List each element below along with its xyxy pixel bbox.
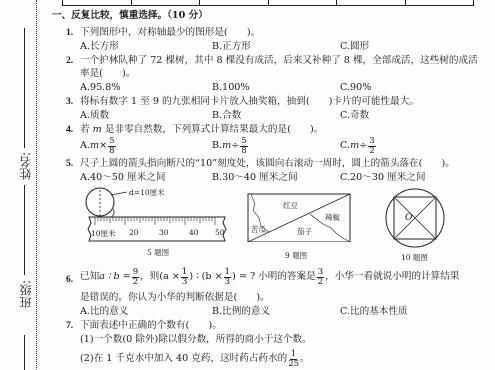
option-var: m [350,140,359,152]
class-label: 班级: [17,280,34,308]
name-label: 姓名: [17,152,34,180]
section-title: 一、反复比较，慎重选择。（10 分） [52,10,208,22]
ruler-tick-20: 20 [129,228,139,237]
numerator: 1 [290,350,297,360]
q5-option-b: B.30～40 厘米之间 [212,172,298,184]
name-underline [24,28,25,148]
numerator: 3 [317,268,324,278]
diameter-label: d=10厘米 [129,187,165,198]
region-red-beans: 红豆 [283,200,298,211]
q6-text-line2: 是错误的。你认为小华的判断依据是( )。 [80,292,270,304]
q2-text-line1: 一个护林队种了 72 棵树，其中 8 棵没有成活，后来又补种了 8 棵，全部成活… [80,55,478,67]
fraction: 125 [288,350,299,369]
figure-10-caption: 10 题图 [401,252,428,263]
q1-option-b: B.正方形 [212,41,251,53]
q3-option-c: C.奇数 [340,110,369,122]
denominator: 8 [241,147,246,156]
ruler-tick-40: 40 [189,228,199,237]
fraction: 13 [181,268,188,287]
score-cell [63,0,132,5]
extra-underline [24,335,25,370]
figure-9-caption: 9 题图 [285,250,307,261]
denominator: 8 [109,147,114,156]
q7-text: 下面表述中正确的个数有( )。 [80,320,222,332]
q1-option-c: C.圆形 [340,41,369,53]
numerator: 5 [240,137,247,147]
q4-option-a: A.m× 58 [80,136,117,156]
q3-text: 将标有数字 1 至 9 的九张相同卡片放入抽奖箱，抽到( )卡片的可能性最大。 [80,96,419,108]
fraction: 58 [240,137,247,156]
q7-item-2-end: 。 [300,353,310,365]
q6-text-a: 已知 [80,271,99,283]
q2-option-a: A.95.8% [80,82,120,94]
denominator: 2 [133,278,138,287]
fraction: 92 [132,268,139,287]
denominator: 2 [369,147,374,156]
q1-option-a: A.长方形 [80,41,119,53]
option-var: m [90,140,99,152]
score-cell [200,0,269,5]
q4-text: 若 m 是非零自然数，下列算式计算结果最大的是( )。 [80,124,323,136]
ruler-tick-30: 30 [159,228,169,237]
option-prefix: A. [80,140,90,152]
denominator: 3 [182,278,187,287]
region-bitter-melon: 苦瓜 [251,224,266,235]
fraction: 58 [108,137,115,156]
figure-5-caption: 5 题图 [147,247,169,258]
circle-square-diagram [383,186,447,250]
q4-text-post: 是非零自然数，下列算式计算结果最大的是( )。 [102,124,324,135]
q3-option-b: B.合数 [212,110,241,122]
q6-text-b: ，则(a × [140,271,180,283]
fraction: 32 [317,268,324,287]
fraction: 13 [224,268,231,287]
q6-option-b: B.比例的意义 [212,306,270,318]
numerator: 1 [224,268,231,278]
q2-option-c: C.90% [340,82,371,94]
numerator: 1 [181,268,188,278]
q6-number: 6. [66,274,73,286]
q2-number: 2. [66,55,73,67]
ruler-tick-50: 50 [215,228,225,237]
figure-5: d=10厘米 10厘米 20 30 40 50 5 题图 [85,187,235,257]
q4-option-c: C.m÷ 32 [340,136,377,156]
option-operator: × [99,140,107,152]
score-cell [406,0,474,5]
region-pepper: 辣椒 [325,212,340,223]
q4-option-b: B.m÷ 58 [212,136,249,156]
figure-9: 红豆 辣椒 苦瓜 茄子 9 题图 [243,192,358,258]
q4-number: 4. [66,124,73,136]
q6-text-c: ) ∶ (b × [189,271,222,283]
option-var: m [222,140,231,152]
q3-number: 3. [66,96,73,108]
binding-line [36,0,37,370]
q2-option-b: B.100% [212,82,250,94]
q7-item-1: (1)一个数(0 除外)除以假分数，所得的商小于这个数。 [80,334,312,346]
figure-10: O 10 题图 [375,186,455,258]
q2-text-line2: 率是( )。 [80,68,135,80]
score-cell [269,0,338,5]
q5-option-c: C.20～30 厘米之间 [340,172,425,184]
option-operator: ÷ [231,140,239,152]
numerator: 5 [108,137,115,147]
region-eggplant: 茄子 [297,226,312,237]
q6-text-line1: 已知 a ∶ b = 92 ，则(a × 13 ) ∶ (b × 13 ) = … [80,266,459,288]
ruler-tick-10: 10厘米 [91,228,116,239]
score-table [62,0,474,6]
fraction: 32 [368,137,375,156]
q5-number: 5. [66,158,73,170]
numerator: 9 [132,268,139,278]
q5-option-a: A.40～50 厘米之间 [80,172,165,184]
score-cell [337,0,406,5]
option-operator: ÷ [359,140,367,152]
q6-text-e: ，小华一看就说小明的计算结果 [325,271,459,283]
q1-text: 下列图形中，对称轴最少的图形是( )。 [80,27,260,39]
denominator: 25 [288,360,299,369]
option-prefix: B. [212,140,222,152]
q4-text-pre: 若 [80,124,93,135]
q4-var: m [93,124,102,135]
option-prefix: C. [340,140,350,152]
q6-option-c: C.比的基本性质 [340,306,408,318]
class-underline [24,185,25,275]
q1-number: 1. [66,27,73,39]
center-o-label: O [405,213,412,223]
q7-item-2: (2)在 1 千克水中加入 40 克药，这时药占药水的 125 。 [80,348,310,370]
numerator: 3 [368,137,375,147]
q6-option-a: A.比的意义 [80,306,128,318]
denominator: 3 [225,278,230,287]
denominator: 2 [318,278,323,287]
q5-text: 尺子上圆的箭头指向断尺的“10”刻度处，该圆向右滚动一周时，圆上的箭头落在( )… [80,158,455,170]
q6-ratio: a ∶ b = [99,271,131,283]
q7-number: 7. [66,320,73,332]
q7-item-2-text: (2)在 1 千克水中加入 40 克药，这时药占药水的 [80,353,287,365]
score-cell [132,0,201,5]
q6-text-d: ) = ? 小明的答案是 [232,271,316,283]
q3-option-a: A.质数 [80,110,109,122]
